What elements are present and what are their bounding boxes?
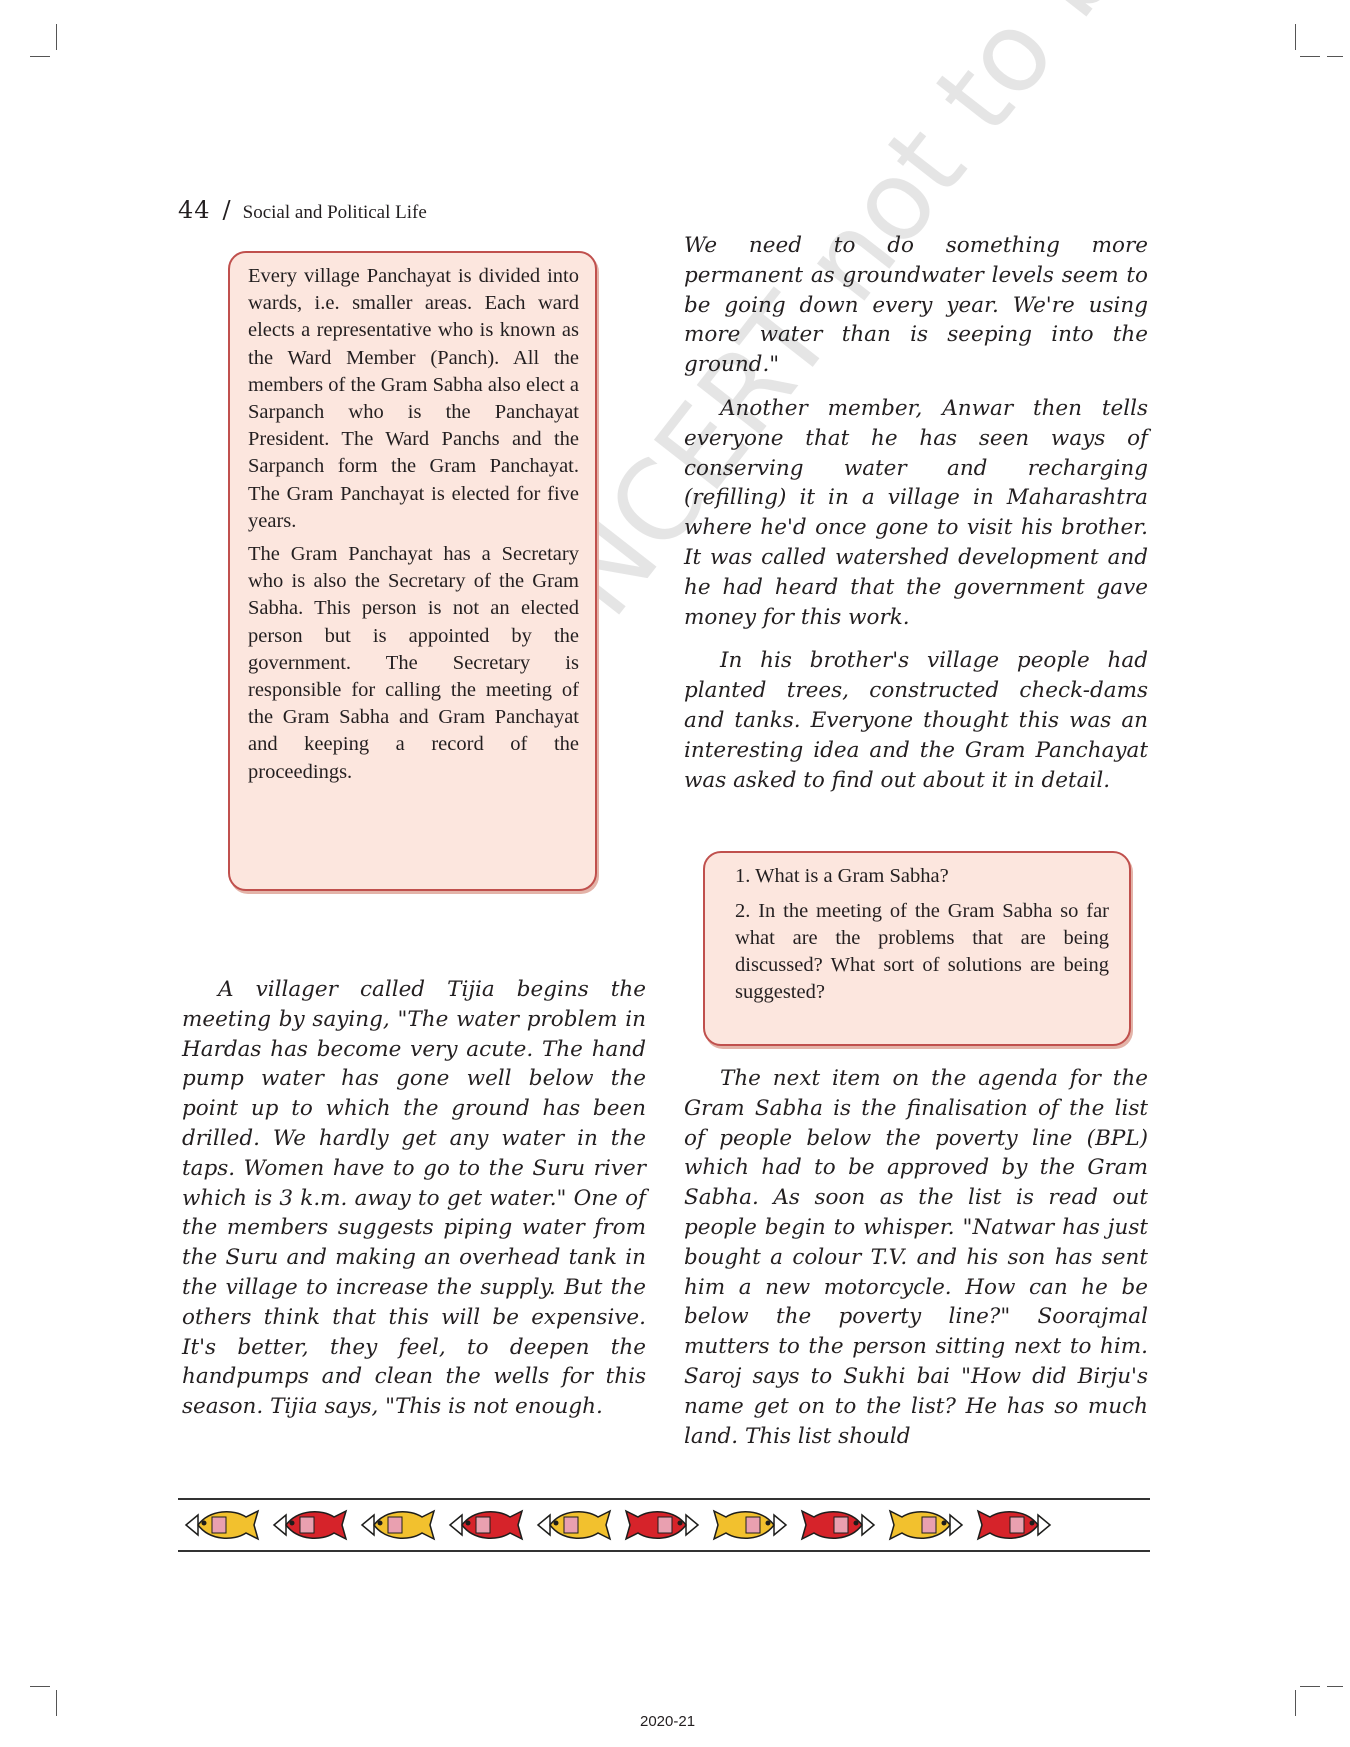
crop-mark [1300, 56, 1320, 57]
footer-year: 2020-21 [640, 1713, 695, 1730]
definition-paragraph: Every village Panchayat is divided into … [248, 263, 579, 535]
fish-motif-icon [358, 1507, 438, 1543]
crop-mark [30, 56, 50, 57]
question-item: 2. In the meeting of the Gram Sabha so f… [735, 898, 1109, 1006]
fish-motif-icon [798, 1507, 878, 1543]
crop-mark [1327, 1686, 1343, 1687]
crop-mark [1295, 24, 1296, 50]
fish-motif-icon [446, 1507, 526, 1543]
question-box: 1. What is a Gram Sabha? 2. In the meeti… [703, 851, 1131, 1046]
fish-motif-icon [710, 1507, 790, 1543]
definition-box: Every village Panchayat is divided into … [228, 251, 597, 891]
book-title: Social and Political Life [243, 202, 427, 224]
header-separator: / [223, 196, 231, 224]
question-item: 1. What is a Gram Sabha? [735, 863, 1109, 890]
decorative-fish-border [178, 1498, 1150, 1552]
body-paragraph: Another member, Anwar then tells everyon… [684, 394, 1148, 632]
crop-mark [1295, 1690, 1296, 1716]
crop-mark [30, 1686, 50, 1687]
fish-motif-icon [182, 1507, 262, 1543]
body-paragraph: A villager called Tijia begins the meeti… [182, 975, 646, 1422]
definition-paragraph: The Gram Panchayat has a Secretary who i… [248, 541, 579, 786]
crop-mark [56, 1690, 57, 1716]
running-header: 44 / Social and Political Life [178, 196, 427, 224]
page-number: 44 [178, 196, 211, 224]
crop-mark [1327, 56, 1343, 57]
body-paragraph: The next item on the agenda for the Gram… [684, 1064, 1148, 1451]
body-paragraph: We need to do something more permanent a… [684, 231, 1148, 380]
fish-motif-icon [534, 1507, 614, 1543]
right-column-text-top: We need to do something more permanent a… [684, 231, 1148, 809]
left-column-text: A villager called Tijia begins the meeti… [182, 975, 646, 1436]
fish-motif-icon [974, 1507, 1054, 1543]
fish-motif-icon [886, 1507, 966, 1543]
fish-motif-icon [622, 1507, 702, 1543]
body-paragraph: In his brother's village people had plan… [684, 646, 1148, 795]
crop-mark [56, 24, 57, 50]
crop-mark [1300, 1686, 1320, 1687]
fish-motif-icon [270, 1507, 350, 1543]
right-column-text-bottom: The next item on the agenda for the Gram… [684, 1064, 1148, 1465]
